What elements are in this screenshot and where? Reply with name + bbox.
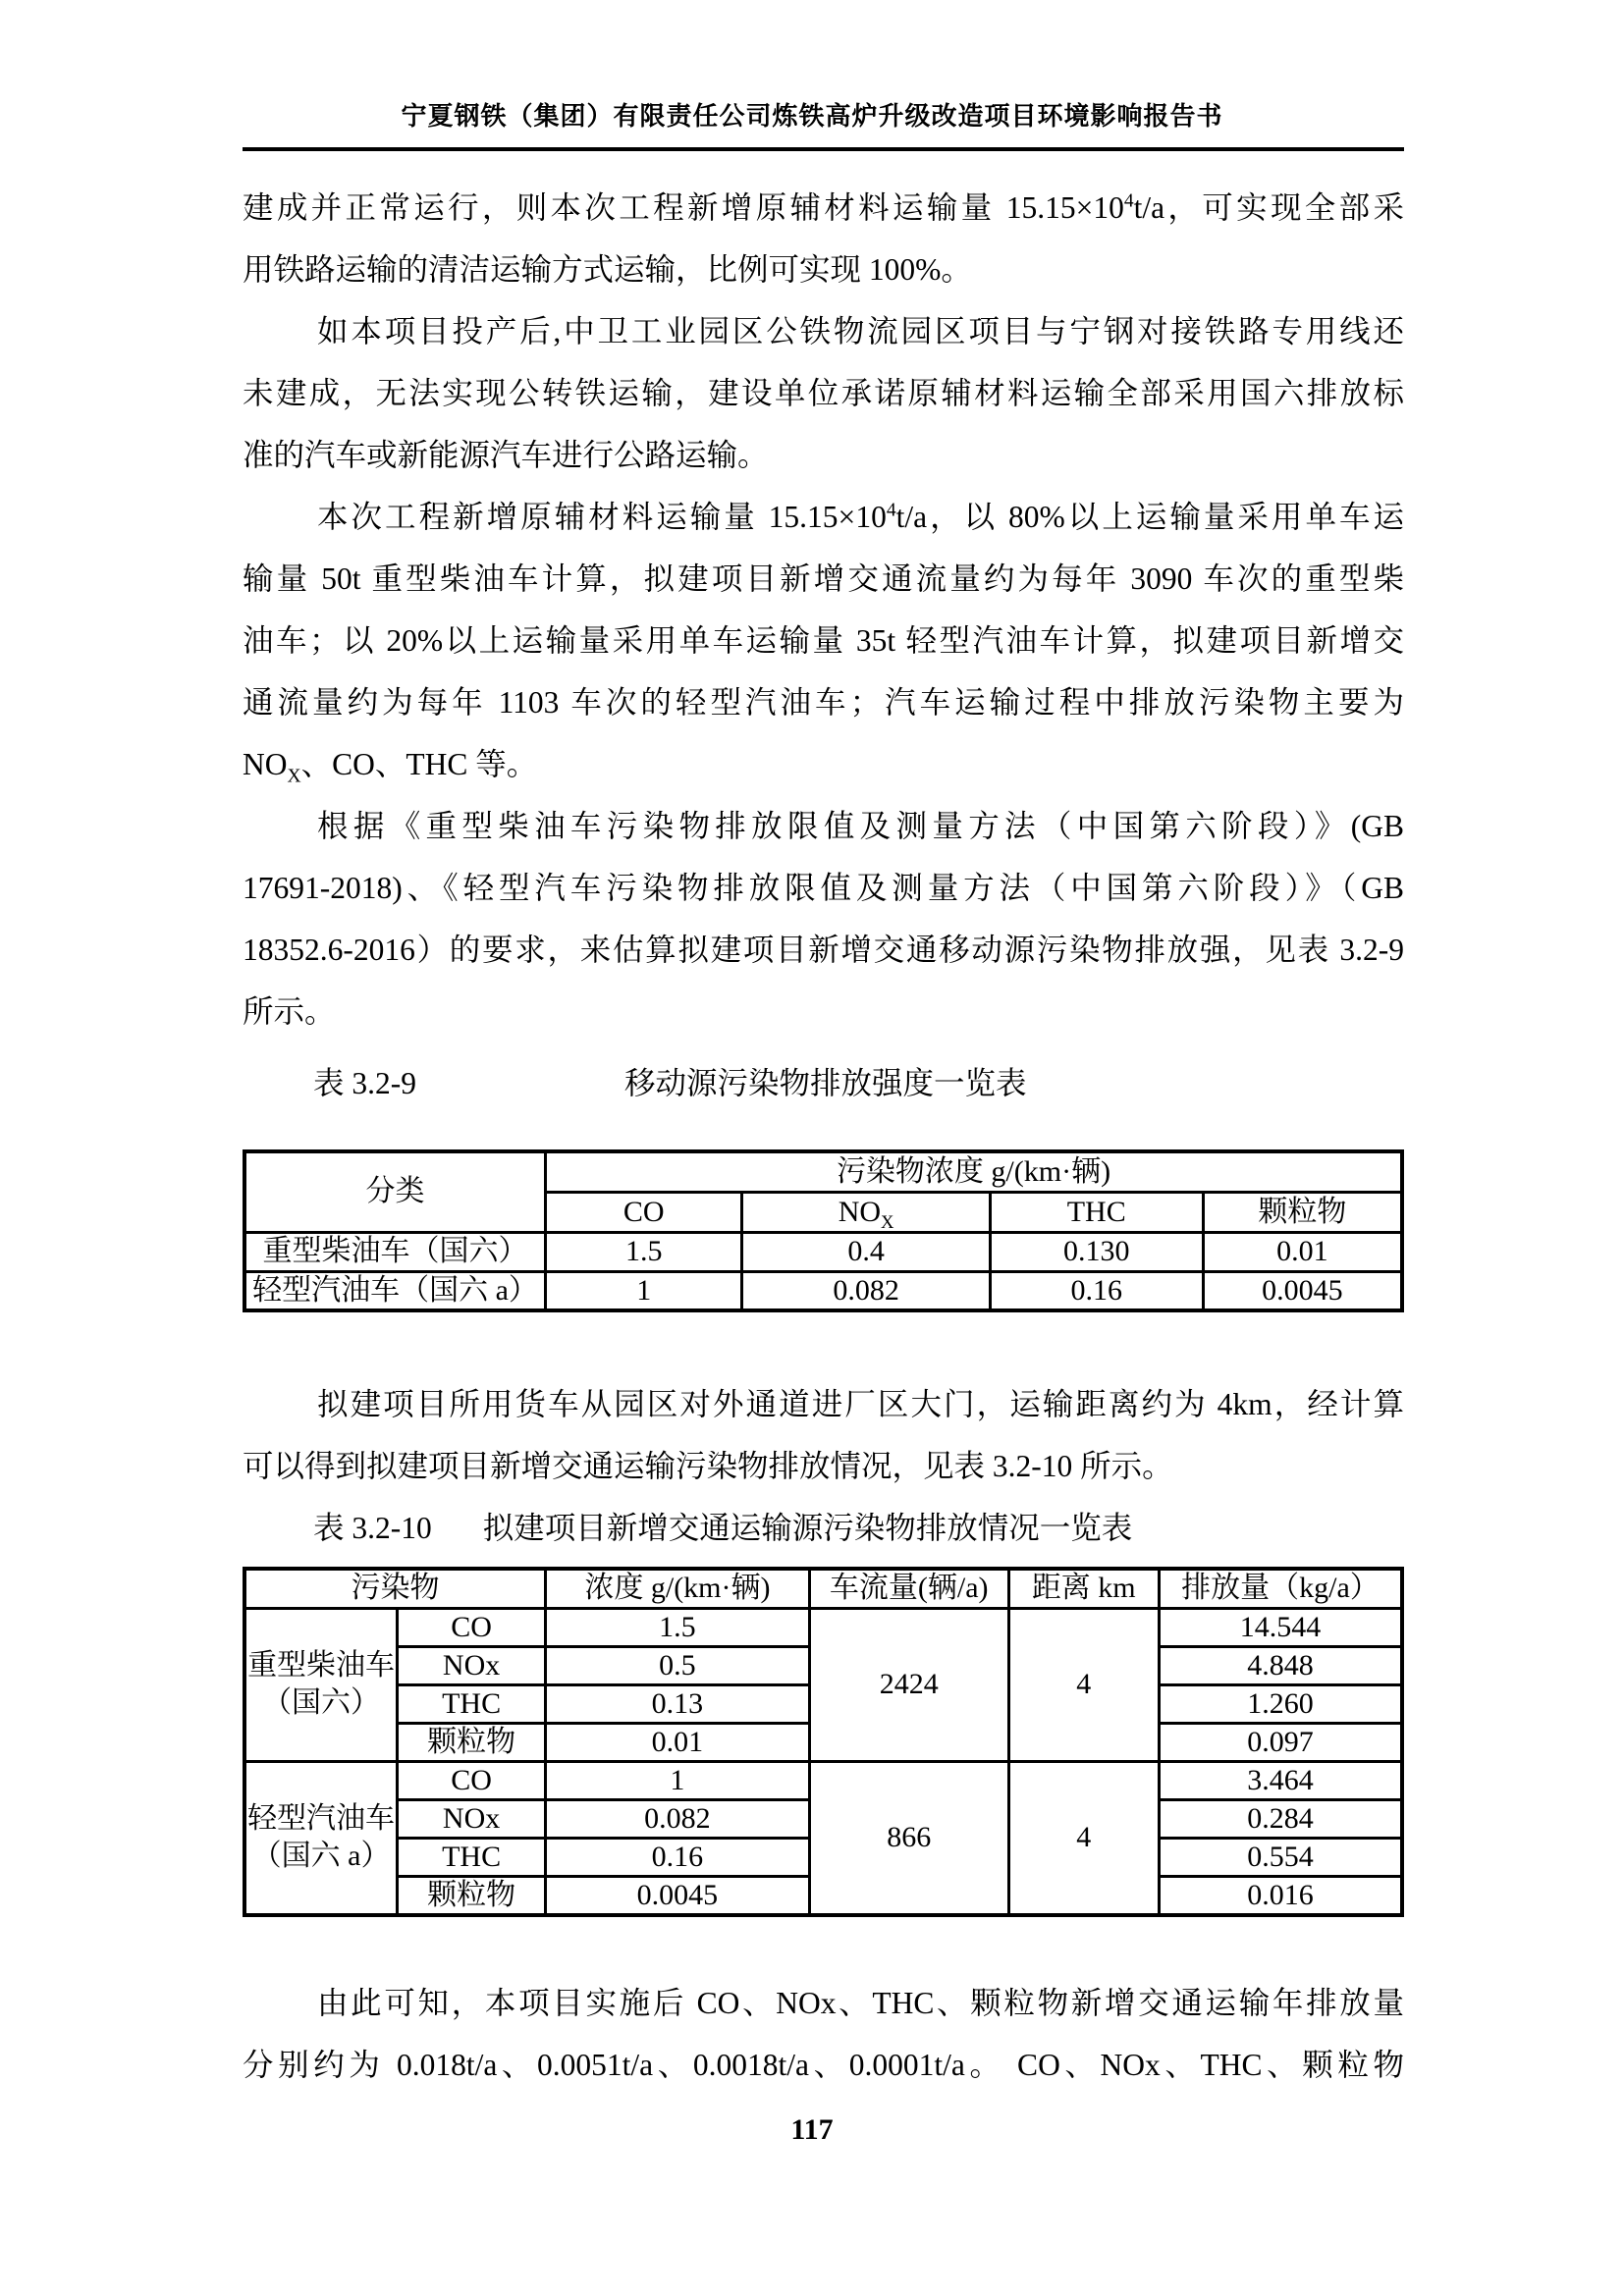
text-line: 所示。 (243, 981, 1404, 1042)
table-header-cell: 污染物 (244, 1569, 546, 1608)
table-cell: 4 (1008, 1608, 1159, 1761)
table-caption-label: 表 3.2-9 (313, 1066, 416, 1100)
text-line: 分别约为 0.018t/a、0.0051t/a、0.0018t/a、0.0001… (243, 2034, 1404, 2096)
text-line: 油车；以 20%以上运输量采用单车运输量 35t 轻型汽油车计算，拟建项目新增交 (243, 610, 1404, 671)
table-cell: 0.5 (546, 1646, 810, 1684)
superscript: 4 (887, 501, 896, 521)
table-cell: 0.082 (742, 1271, 990, 1310)
table-cell: 0.01 (546, 1723, 810, 1761)
table-header-cell: 污染物浓度 g/(km·辆) (546, 1151, 1402, 1192)
table-cell: NOx (398, 1799, 546, 1838)
table-cell: 14.544 (1159, 1608, 1402, 1646)
emission-intensity-table: 分类 污染物浓度 g/(km·辆) CO NOX THC 颗粒物 重型柴油车（国… (243, 1149, 1404, 1312)
table-cell: 0.16 (990, 1271, 1203, 1310)
table-cell: 1.5 (546, 1608, 810, 1646)
table-header-cell: 距离 km (1008, 1569, 1159, 1608)
table-cell: 0.130 (990, 1232, 1203, 1271)
text-line: 17691-2018)、《轻型汽车污染物排放限值及测量方法（中国第六阶段）》（G… (243, 857, 1404, 919)
table-cell: 4.848 (1159, 1646, 1402, 1684)
table-cell: 0.016 (1159, 1876, 1402, 1915)
text-line: 通流量约为每年 1103 车次的轻型汽油车；汽车运输过程中排放污染物主要为 (243, 671, 1404, 733)
table-cell: 1 (546, 1271, 742, 1310)
table-header-cell: THC (990, 1192, 1203, 1232)
table-cell: 0.554 (1159, 1838, 1402, 1876)
text-line: 输量 50t 重型柴油车计算，拟建项目新增交通流量约为每年 3090 车次的重型… (243, 548, 1404, 610)
text-line: 未建成，无法实现公转铁运输，建设单位承诺原辅材料运输全部采用国六排放标 (243, 362, 1404, 424)
table-cell: 0.4 (742, 1232, 990, 1271)
subscript: X (881, 1212, 893, 1233)
superscript: 4 (1124, 191, 1134, 212)
table-caption-label: 表 3.2-10 (313, 1511, 432, 1545)
text-segment: 本次工程新增原辅材料运输量 15.15×10 (317, 500, 887, 534)
paragraph: 拟建项目所用货车从园区对外通道进厂区大门，运输距离约为 4km，经计算 可以得到… (243, 1373, 1404, 1497)
text-segment: 、CO、THC 等。 (301, 747, 538, 781)
table-cell: 颗粒物 (398, 1876, 546, 1915)
text-line: 用铁路运输的清洁运输方式运输，比例可实现 100%。 (243, 239, 1404, 300)
table-header-cell: 浓度 g/(km·辆) (546, 1569, 810, 1608)
table-row: 重型柴油车（国六） 1.5 0.4 0.130 0.01 (244, 1232, 1402, 1271)
text-segment: NO (839, 1196, 881, 1228)
table-caption: 表 3.2-9移动源污染物排放强度一览表 (243, 1052, 1404, 1114)
table-caption: 表 3.2-10拟建项目新增交通运输源污染物排放情况一览表 (243, 1497, 1404, 1559)
table-cell: 1 (546, 1761, 810, 1799)
text-segment: 建成并正常运行，则本次工程新增原辅材料运输量 15.15×10 (243, 190, 1124, 225)
paragraph: 如本项目投产后,中卫工业园区公铁物流园区项目与宁钢对接铁路专用线还 未建成，无法… (243, 300, 1404, 486)
paragraph: 建成并正常运行，则本次工程新增原辅材料运输量 15.15×104t/a，可实现全… (243, 177, 1404, 300)
page-header-title: 宁夏钢铁（集团）有限责任公司炼铁高炉升级改造项目环境影响报告书 (0, 0, 1624, 135)
table-cell: NOx (398, 1646, 546, 1684)
header-rule (243, 147, 1404, 151)
table-cell: 0.097 (1159, 1723, 1402, 1761)
table-row: 分类 污染物浓度 g/(km·辆) (244, 1151, 1402, 1192)
table-row: 轻型汽油车（国六 a） CO 1 866 4 3.464 (244, 1761, 1402, 1799)
table-cell: 0.0045 (1203, 1271, 1402, 1310)
table-row: 污染物 浓度 g/(km·辆) 车流量(辆/a) 距离 km 排放量（kg/a） (244, 1569, 1402, 1608)
table-cell: 0.16 (546, 1838, 810, 1876)
table-cell: 0.082 (546, 1799, 810, 1838)
text-segment: t/a，以 80%以上运输量采用单车运 (896, 500, 1404, 534)
text-line: 如本项目投产后,中卫工业园区公铁物流园区项目与宁钢对接铁路专用线还 (243, 300, 1404, 362)
table-cell: 4 (1008, 1761, 1159, 1915)
table-header-cell: CO (546, 1192, 742, 1232)
text-segment: t/a，可实现全部采 (1134, 190, 1404, 225)
table-cell: 0.01 (1203, 1232, 1402, 1271)
table-cell: 1.5 (546, 1232, 742, 1271)
emission-summary-table: 污染物 浓度 g/(km·辆) 车流量(辆/a) 距离 km 排放量（kg/a）… (243, 1567, 1404, 1917)
text-line: 建成并正常运行，则本次工程新增原辅材料运输量 15.15×104t/a，可实现全… (243, 177, 1404, 239)
paragraph: 本次工程新增原辅材料运输量 15.15×104t/a，以 80%以上运输量采用单… (243, 486, 1404, 795)
table-cell: 0.0045 (546, 1876, 810, 1915)
text-line: NOX、CO、THC 等。 (243, 733, 1404, 795)
table-header-cell: NOX (742, 1192, 990, 1232)
text-line: 拟建项目所用货车从园区对外通道进厂区大门，运输距离约为 4km，经计算 (243, 1373, 1404, 1435)
text-line: 18352.6-2016）的要求，来估算拟建项目新增交通移动源污染物排放强，见表… (243, 919, 1404, 981)
text-segment: NO (243, 747, 288, 781)
paragraph: 根据《重型柴油车污染物排放限值及测量方法（中国第六阶段）》(GB 17691-2… (243, 795, 1404, 1042)
page-number: 117 (0, 2112, 1624, 2148)
table-header-cell: 排放量（kg/a） (1159, 1569, 1402, 1608)
table-header-cell: 颗粒物 (1203, 1192, 1402, 1232)
report-page: 宁夏钢铁（集团）有限责任公司炼铁高炉升级改造项目环境影响报告书 建成并正常运行，… (0, 0, 1624, 2296)
table-cell: 0.284 (1159, 1799, 1402, 1838)
table-cell: 重型柴油车（国六） (244, 1608, 398, 1761)
table-caption-title: 拟建项目新增交通运输源污染物排放情况一览表 (483, 1511, 1133, 1545)
table-row: 重型柴油车（国六） CO 1.5 2424 4 14.544 (244, 1608, 1402, 1646)
table-cell: CO (398, 1608, 546, 1646)
table-cell: 1.260 (1159, 1684, 1402, 1723)
text-line: 根据《重型柴油车污染物排放限值及测量方法（中国第六阶段）》(GB (243, 795, 1404, 857)
subscript: X (288, 766, 301, 786)
text-line: 由此可知，本项目实施后 CO、NOx、THC、颗粒物新增交通运输年排放量 (243, 1972, 1404, 2034)
table-cell: 颗粒物 (398, 1723, 546, 1761)
table-caption-title: 移动源污染物排放强度一览表 (624, 1066, 1027, 1100)
table-cell: 3.464 (1159, 1761, 1402, 1799)
page-body: 建成并正常运行，则本次工程新增原辅材料运输量 15.15×104t/a，可实现全… (243, 177, 1404, 2096)
table-cell: 2424 (809, 1608, 1008, 1761)
text-line: 本次工程新增原辅材料运输量 15.15×104t/a，以 80%以上运输量采用单… (243, 486, 1404, 548)
table-cell: CO (398, 1761, 546, 1799)
table-cell: 轻型汽油车（国六 a） (244, 1271, 546, 1310)
text-line: 准的汽车或新能源汽车进行公路运输。 (243, 424, 1404, 486)
table-row: 轻型汽油车（国六 a） 1 0.082 0.16 0.0045 (244, 1271, 1402, 1310)
text-line: 可以得到拟建项目新增交通运输污染物排放情况，见表 3.2-10 所示。 (243, 1435, 1404, 1497)
table-cell: THC (398, 1684, 546, 1723)
table-cell: 重型柴油车（国六） (244, 1232, 546, 1271)
table-cell: 轻型汽油车（国六 a） (244, 1761, 398, 1915)
table-cell: THC (398, 1838, 546, 1876)
table-cell: 866 (809, 1761, 1008, 1915)
table-header-cell: 车流量(辆/a) (809, 1569, 1008, 1608)
paragraph: 由此可知，本项目实施后 CO、NOx、THC、颗粒物新增交通运输年排放量 分别约… (243, 1972, 1404, 2096)
table-header-cell: 分类 (244, 1151, 546, 1232)
table-cell: 0.13 (546, 1684, 810, 1723)
